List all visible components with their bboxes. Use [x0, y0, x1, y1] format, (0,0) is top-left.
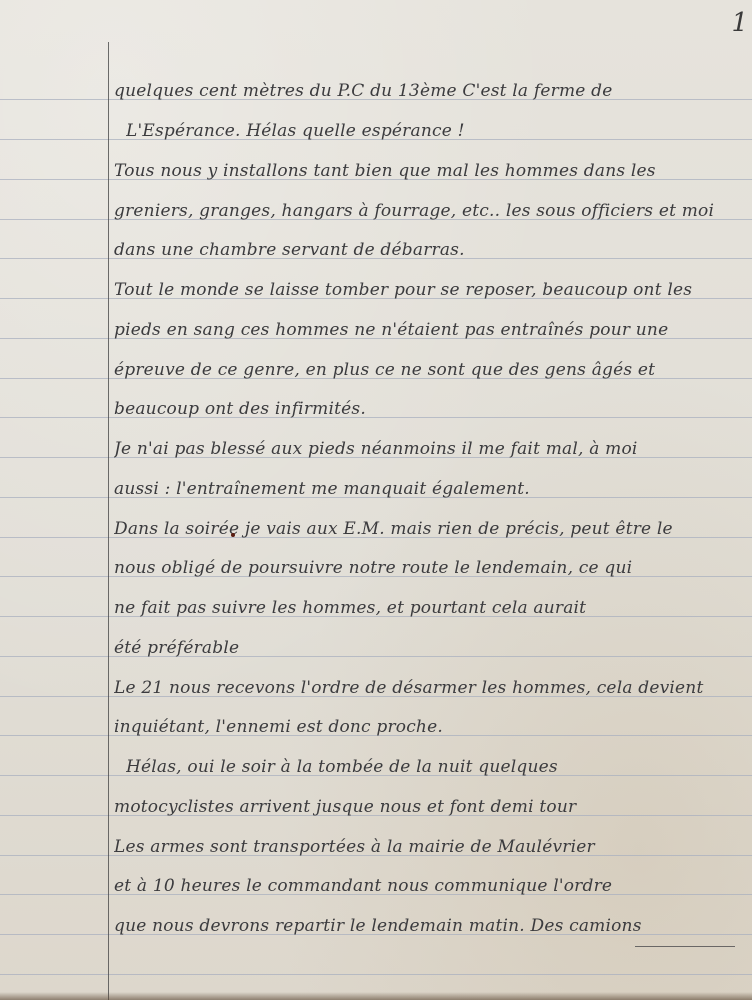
text-line: inquiétant, l'ennemi est donc proche. — [114, 716, 750, 738]
text-line: Tous nous y installons tant bien que mal… — [114, 160, 750, 182]
underline-stroke — [635, 946, 735, 947]
text-line: nous obligé de poursuivre notre route le… — [114, 557, 750, 579]
text-line: ne fait pas suivre les hommes, et pourta… — [114, 597, 750, 619]
text-line: quelques cent mètres du P.C du 13ème C'e… — [114, 80, 750, 102]
text-line: Dans la soirée je vais aux E.M. mais rie… — [114, 518, 750, 540]
text-line: Je n'ai pas blessé aux pieds néanmoins i… — [114, 438, 750, 460]
text-line: Les armes sont transportées à la mairie … — [114, 836, 750, 858]
text-line: Le 21 nous recevons l'ordre de désarmer … — [114, 677, 750, 699]
text-line: épreuve de ce genre, en plus ce ne sont … — [114, 359, 750, 381]
notebook-page: 1 quelques cent mètres du P.C du 13ème C… — [0, 0, 752, 1000]
text-line: aussi : l'entraînement me manquait égale… — [114, 478, 750, 500]
text-line: Tout le monde se laisse tomber pour se r… — [114, 279, 750, 301]
text-line: dans une chambre servant de débarras. — [114, 239, 750, 261]
text-line: pieds en sang ces hommes ne n'étaient pa… — [114, 319, 750, 341]
text-line: beaucoup ont des infirmités. — [114, 398, 750, 420]
text-line: motocyclistes arrivent jusque nous et fo… — [114, 796, 750, 818]
text-line: greniers, granges, hangars à fourrage, e… — [114, 200, 750, 222]
text-line: été préférable — [114, 637, 750, 659]
text-line: Hélas, oui le soir à la tombée de la nui… — [126, 756, 752, 778]
ink-spot — [231, 533, 235, 537]
margin-line — [108, 42, 109, 1000]
ruled-line — [0, 974, 752, 975]
text-line: que nous devrons repartir le lendemain m… — [114, 915, 750, 937]
text-line: et à 10 heures le commandant nous commun… — [114, 875, 750, 897]
text-line: L'Espérance. Hélas quelle espérance ! — [126, 120, 752, 142]
page-bottom-edge — [0, 992, 752, 1000]
page-number: 1 — [731, 8, 748, 38]
